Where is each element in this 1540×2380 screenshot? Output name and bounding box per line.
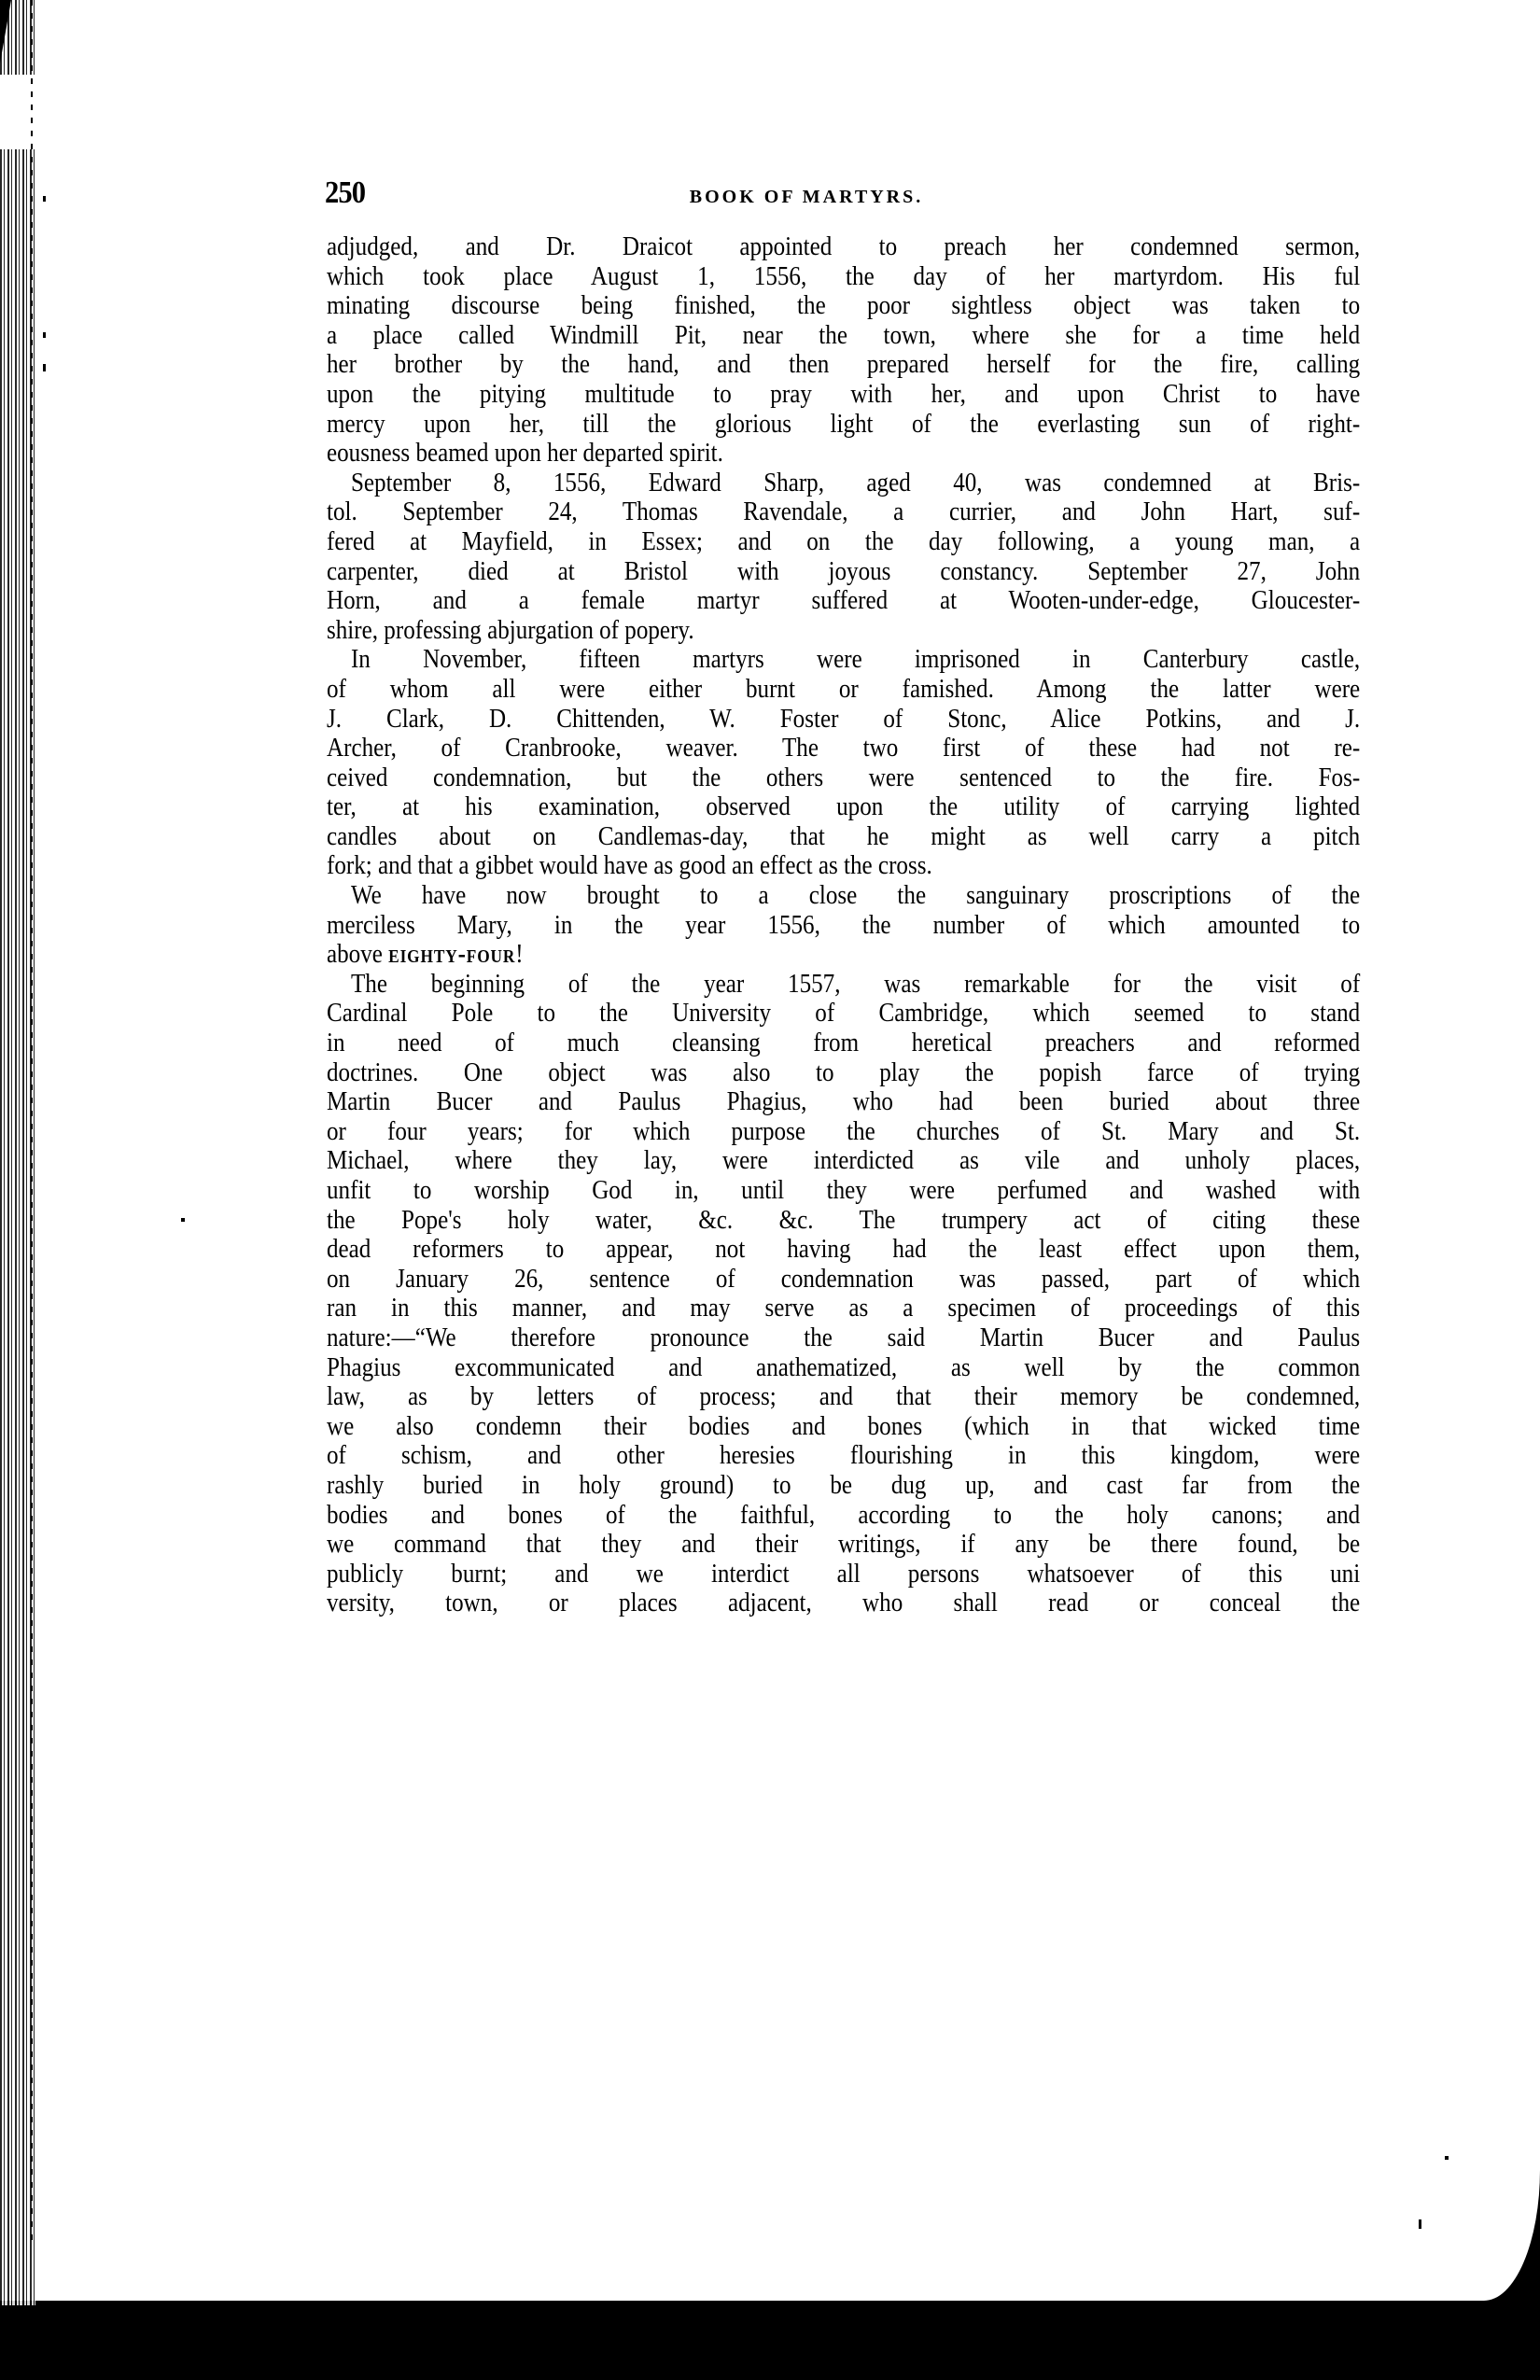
stray-ink-mark [1419,2219,1421,2229]
paragraph: The beginning of the year 1557, was rema… [327,970,1363,1618]
text-line: mercy upon her, till the glorious light … [327,410,1360,440]
text-line: versity, town, or places adjacent, who s… [327,1589,1360,1618]
text-line: the Pope's holy water, &c. &c. The trump… [327,1206,1360,1236]
stray-ink-mark [181,1218,185,1222]
text-line: merciless Mary, in the year 1556, the nu… [327,911,1360,941]
text-line: law, as by letters of process; and that … [327,1382,1360,1412]
text-line: Phagius excommunicated and anathematized… [327,1353,1360,1383]
running-head: BOOK OF MARTYRS. [297,187,1316,208]
text-fragment: above [327,939,388,969]
text-line: upon the pitying multitude to pray with … [327,380,1360,410]
text-line: J. Clark, D. Chittenden, W. Foster of St… [327,705,1360,735]
text-line: publicly burnt; and we interdict all per… [327,1560,1360,1589]
scanned-page: 250 BOOK OF MARTYRS. adjudged, and Dr. D… [0,0,1540,2301]
text-line: doctrines. One object was also to play t… [327,1058,1360,1088]
text-line: fork; and that a gibbet would have as go… [327,851,1360,881]
text-line: on January 26, sentence of condemnation … [327,1265,1360,1295]
text-line: Martin Bucer and Paulus Phagius, who had… [327,1087,1360,1117]
body-text: adjudged, and Dr. Draicot appointed to p… [327,232,1363,1618]
text-line: Archer, of Cranbrooke, weaver. The two f… [327,734,1360,763]
stray-ink-mark [1445,2156,1449,2160]
text-line: her brother by the hand, and then prepar… [327,350,1360,380]
text-line: in need of much cleansing from heretical… [327,1029,1360,1058]
text-line: we command that they and their writings,… [327,1530,1360,1560]
text-line: nature:—“We therefore pronounce the said… [327,1323,1360,1353]
text-line: Cardinal Pole to the University of Cambr… [327,999,1360,1029]
text-line: above eighty-four! [327,940,1360,970]
text-line: which took place August 1, 1556, the day… [327,262,1360,292]
paragraph: We have now brought to a close the sangu… [327,881,1363,970]
text-line: shire, professing abjurgation of popery. [327,616,1360,646]
paragraph: In November, fifteen martyrs were impris… [327,645,1363,881]
text-line: tol. September 24, Thomas Ravendale, a c… [327,497,1360,527]
text-line: carpenter, died at Bristol with joyous c… [327,557,1360,587]
paragraph: September 8, 1556, Edward Sharp, aged 40… [327,469,1363,646]
text-line: bodies and bones of the faithful, accord… [327,1501,1360,1531]
paragraph: adjudged, and Dr. Draicot appointed to p… [327,232,1363,469]
text-line: September 8, 1556, Edward Sharp, aged 40… [327,469,1360,498]
text-line: dead reformers to appear, not having had… [327,1235,1360,1265]
stray-ink-mark [43,364,46,371]
text-line: of schism, and other heresies flourishin… [327,1441,1360,1471]
text-line: eousness beamed upon her departed spirit… [327,439,1360,469]
text-line: or four years; for which purpose the chu… [327,1117,1360,1147]
text-line: adjudged, and Dr. Draicot appointed to p… [327,232,1360,262]
text-line: candles about on Candlemas-day, that he … [327,822,1360,852]
text-line: minating discourse being finished, the p… [327,291,1360,321]
text-line: We have now brought to a close the sangu… [327,881,1360,911]
text-line: Horn, and a female martyr suffered at Wo… [327,586,1360,616]
emphasized-count: eighty-four [388,939,515,969]
stray-ink-mark [43,332,46,338]
text-line: we also condemn their bodies and bones (… [327,1412,1360,1442]
text-line: In November, fifteen martyrs were impris… [327,645,1360,675]
text-line: The beginning of the year 1557, was rema… [327,970,1360,1000]
page-header: 250 BOOK OF MARTYRS. [325,175,1344,222]
text-fragment: ! [515,939,523,969]
text-line: ran in this manner, and may serve as a s… [327,1294,1360,1323]
text-line: Michael, where they lay, were interdicte… [327,1146,1360,1176]
text-line: rashly buried in holy ground) to be dug … [327,1471,1360,1501]
gutter-edge-line [31,0,33,2240]
text-line: ter, at his examination, observed upon t… [327,792,1360,822]
text-line: of whom all were either burnt or famishe… [327,675,1360,705]
text-line: unfit to worship God in, until they were… [327,1176,1360,1206]
text-line: fered at Mayfield, in Essex; and on the … [327,527,1360,557]
text-line: ceived condemnation, but the others were… [327,763,1360,793]
text-line: a place called Windmill Pit, near the to… [327,321,1360,351]
stray-ink-mark [43,196,46,202]
